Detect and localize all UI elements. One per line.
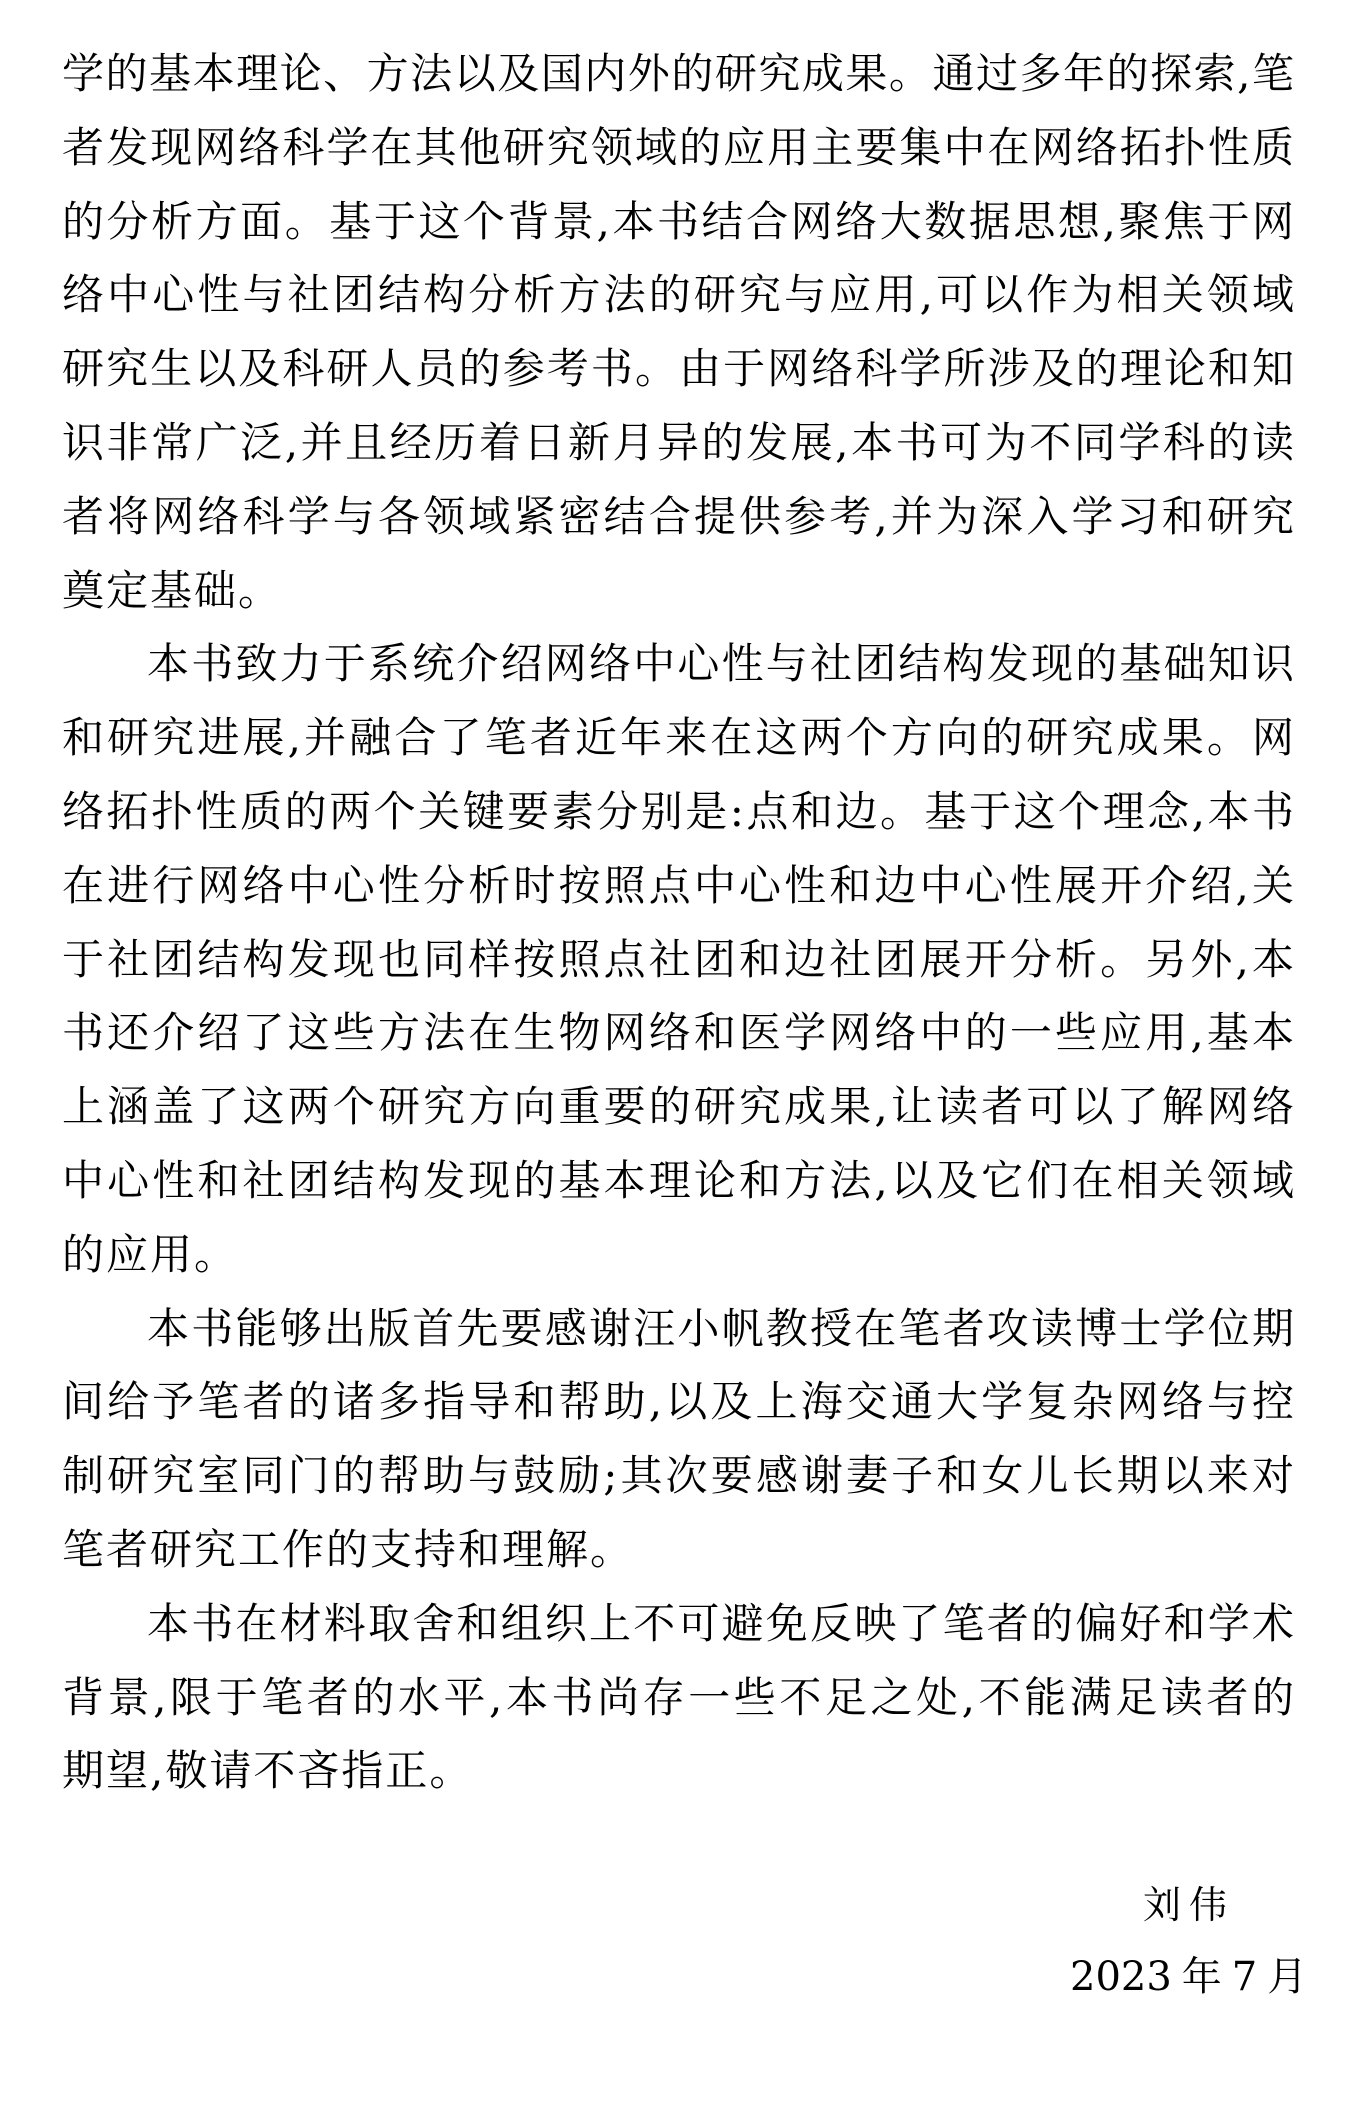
text-line: 和研究进展,并融合了笔者近年来在这两个方向的研究成果。网 [62, 701, 1295, 775]
text-line: 络拓扑性质的两个关键要素分别是:点和边。基于这个理念,本书 [62, 775, 1295, 849]
paragraph-2: 本书致力于系统介绍网络中心性与社团结构发现的基础知识 和研究进展,并融合了笔者近… [62, 627, 1295, 1291]
text-line: 研究生以及科研人员的参考书。由于网络科学所涉及的理论和知 [62, 332, 1295, 406]
text-line: 期望,敬请不吝指正。 [62, 1734, 1295, 1808]
text-line: 中心性和社团结构发现的基本理论和方法,以及它们在相关领域 [62, 1144, 1295, 1218]
paragraph-1: 学的基本理论、方法以及国内外的研究成果。通过多年的探索,笔 者发现网络科学在其他… [62, 37, 1295, 627]
text-line: 识非常广泛,并且经历着日新月异的发展,本书可为不同学科的读 [62, 406, 1295, 480]
text-line: 制研究室同门的帮助与鼓励;其次要感谢妻子和女儿长期以来对 [62, 1439, 1295, 1513]
document-page: 学的基本理论、方法以及国内外的研究成果。通过多年的探索,笔 者发现网络科学在其他… [0, 0, 1357, 2126]
text-line: 背景,限于笔者的水平,本书尚存一些不足之处,不能满足读者的 [62, 1661, 1295, 1735]
date-year-unit: 年 [1182, 1952, 1222, 2002]
text-line: 者发现网络科学在其他研究领域的应用主要集中在网络拓扑性质 [62, 111, 1295, 185]
text-line: 本书能够出版首先要感谢汪小帆教授在笔者攻读博士学位期 [62, 1292, 1295, 1366]
date-month-unit: 月 [1267, 1952, 1307, 2002]
text-line: 奠定基础。 [62, 554, 1295, 628]
text-line: 上涵盖了这两个研究方向重要的研究成果,让读者可以了解网络 [62, 1070, 1295, 1144]
text-line: 学的基本理论、方法以及国内外的研究成果。通过多年的探索,笔 [62, 37, 1295, 111]
paragraph-4: 本书在材料取舍和组织上不可避免反映了笔者的偏好和学术 背景,限于笔者的水平,本书… [62, 1587, 1295, 1808]
date-year: 2023 [1070, 1952, 1172, 2002]
text-line: 的分析方面。基于这个背景,本书结合网络大数据思想,聚焦于网 [62, 185, 1295, 259]
author-signature: 刘伟 [1143, 1880, 1227, 1930]
preface-body: 学的基本理论、方法以及国内外的研究成果。通过多年的探索,笔 者发现网络科学在其他… [62, 37, 1295, 1808]
text-line: 者将网络科学与各领域紧密结合提供参考,并为深入学习和研究 [62, 480, 1295, 554]
text-line: 络中心性与社团结构分析方法的研究与应用,可以作为相关领域 [62, 258, 1295, 332]
text-line: 间给予笔者的诸多指导和帮助,以及上海交通大学复杂网络与控 [62, 1365, 1295, 1439]
text-line: 本书在材料取舍和组织上不可避免反映了笔者的偏好和学术 [62, 1587, 1295, 1661]
text-line: 笔者研究工作的支持和理解。 [62, 1513, 1295, 1587]
text-line: 在进行网络中心性分析时按照点中心性和边中心性展开介绍,关 [62, 849, 1295, 923]
text-line: 书还介绍了这些方法在生物网络和医学网络中的一些应用,基本 [62, 996, 1295, 1070]
text-line: 于社团结构发现也同样按照点社团和边社团展开分析。另外,本 [62, 923, 1295, 997]
signature-date: 2023年7月 [1070, 1952, 1290, 2002]
date-month: 7 [1232, 1952, 1257, 2002]
text-line: 本书致力于系统介绍网络中心性与社团结构发现的基础知识 [62, 627, 1295, 701]
paragraph-3: 本书能够出版首先要感谢汪小帆教授在笔者攻读博士学位期 间给予笔者的诸多指导和帮助… [62, 1292, 1295, 1587]
text-line: 的应用。 [62, 1218, 1295, 1292]
